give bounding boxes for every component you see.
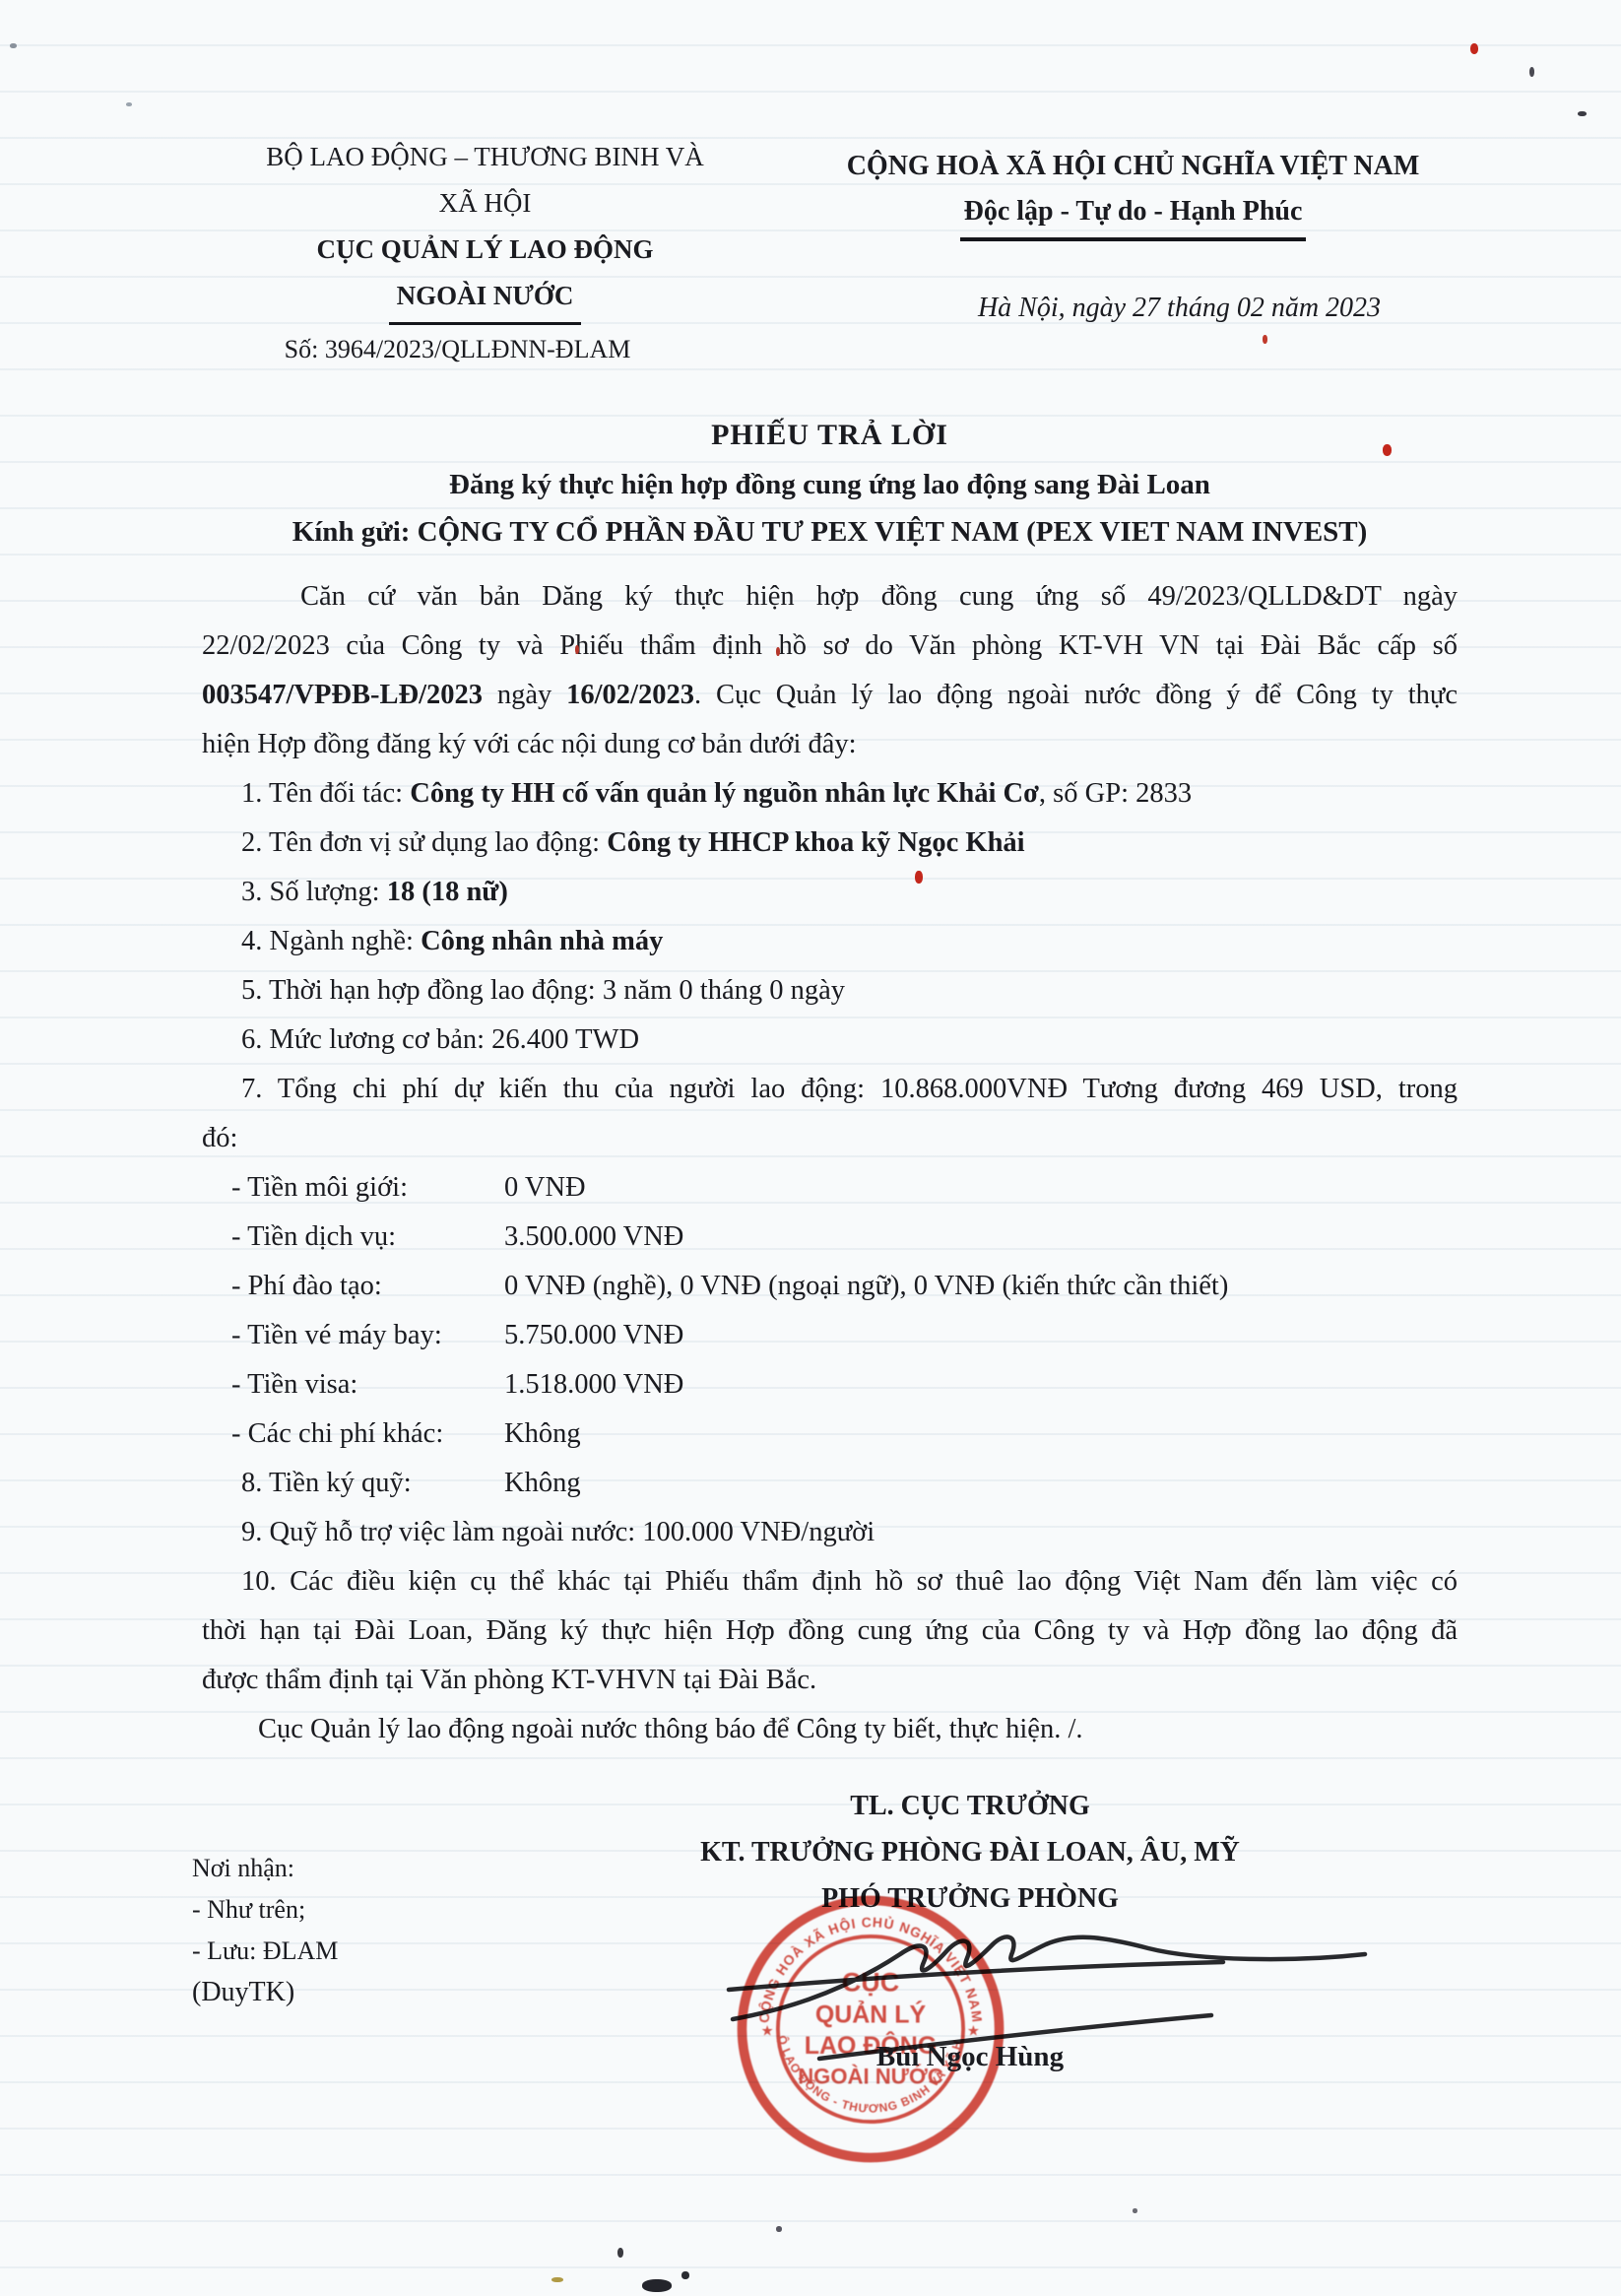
scan-speck	[551, 2277, 563, 2282]
body-line: 6. Mức lương cơ bản: 26.400 TWD	[202, 1016, 1458, 1065]
ministry-name-line2: XÃ HỘI	[207, 180, 763, 227]
body-line: 2. Tên đơn vị sử dụng lao động: Công ty …	[202, 819, 1458, 868]
fee-label: 8. Tiền ký quỹ:	[202, 1459, 504, 1508]
fee-value: 5.750.000 VNĐ	[504, 1311, 1458, 1360]
national-motto: Độc lập - Tự do - Hạnh Phúc	[806, 189, 1460, 241]
body-line: 1. Tên đối tác: Công ty HH cố vấn quản l…	[202, 769, 1458, 819]
recipients-line: - Như trên;	[192, 1889, 338, 1931]
fee-table: - Tiền môi giới: 0 VNĐ - Tiền dịch vụ: 3…	[202, 1163, 1458, 1508]
recipients-title: Nơi nhận:	[192, 1848, 338, 1889]
document-number: Số: 3964/2023/QLLĐNN-ĐLAM	[179, 335, 736, 364]
fee-value: 3.500.000 VNĐ	[504, 1213, 1458, 1262]
scan-speck	[1470, 43, 1478, 54]
fee-row: 8. Tiền ký quỹ: Không	[202, 1459, 1458, 1508]
document-body: Căn cứ văn bản Dăng ký thực hiện hợp đồn…	[202, 572, 1458, 1754]
scan-speck	[617, 2248, 623, 2258]
motto-underlined: Độc lập - Tự do - Hạnh Phúc	[960, 189, 1307, 241]
scan-speck	[1383, 444, 1392, 456]
fee-value: Không	[504, 1410, 1458, 1459]
scan-speck	[10, 43, 17, 48]
fee-value: 0 VNĐ (nghề), 0 VNĐ (ngoại ngữ), 0 VNĐ (…	[504, 1262, 1458, 1311]
body-line: thời hạn tại Đài Loan, Đăng ký thực hiện…	[202, 1607, 1458, 1656]
body-line: 3. Số lượng: 18 (18 nữ)	[202, 868, 1458, 917]
body-closing-paragraphs: 9. Quỹ hỗ trợ việc làm ngoài nước: 100.0…	[202, 1508, 1458, 1754]
fee-row: - Tiền dịch vụ: 3.500.000 VNĐ	[202, 1213, 1458, 1262]
body-line: 10. Các điều kiện cụ thể khác tại Phiếu …	[202, 1557, 1458, 1607]
body-line: được thẩm định tại Văn phòng KT-VHVN tại…	[202, 1656, 1458, 1705]
national-header-block: CỘNG HOÀ XÃ HỘI CHỦ NGHĨA VIỆT NAM Độc l…	[806, 144, 1460, 324]
fee-label: - Các chi phí khác:	[202, 1410, 504, 1459]
fee-row: - Các chi phí khác: Không	[202, 1410, 1458, 1459]
body-line: 5. Thời hạn hợp đồng lao động: 3 năm 0 t…	[202, 966, 1458, 1016]
fee-row: - Tiền visa: 1.518.000 VNĐ	[202, 1360, 1458, 1410]
scan-speck	[1263, 335, 1267, 344]
department-name-underlined: NGOÀI NƯỚC	[389, 273, 582, 325]
page-subtitle: Đăng ký thực hiện hợp đồng cung ứng lao …	[202, 469, 1458, 501]
recipients-line: (DuyTK)	[192, 1972, 338, 2013]
fee-label: - Tiền dịch vụ:	[202, 1213, 504, 1262]
department-name-line1: CỤC QUẢN LÝ LAO ĐỘNG	[207, 227, 763, 273]
recipients-block: Nơi nhận: - Như trên;- Lưu: ĐLAM(DuyTK)	[192, 1848, 338, 2013]
body-line: 9. Quỹ hỗ trợ việc làm ngoài nước: 100.0…	[202, 1508, 1458, 1557]
body-line: 003547/VPĐB-LĐ/2023 ngày 16/02/2023. Cục…	[202, 671, 1458, 720]
fee-label: - Tiền vé máy bay:	[202, 1311, 504, 1360]
recipients-list: - Như trên;- Lưu: ĐLAM(DuyTK)	[192, 1889, 338, 2013]
country-name: CỘNG HOÀ XÃ HỘI CHỦ NGHĨA VIỆT NAM	[806, 144, 1460, 189]
body-line: hiện Hợp đồng đăng ký với các nội dung c…	[202, 720, 1458, 769]
fee-row: - Tiền môi giới: 0 VNĐ	[202, 1163, 1458, 1213]
signer-title-line2: KT. TRƯỞNG PHÒNG ĐÀI LOAN, ÂU, MỸ	[670, 1829, 1270, 1875]
issuing-agency-block: BỘ LAO ĐỘNG – THƯƠNG BINH VÀ XÃ HỘI CỤC …	[207, 134, 763, 364]
scan-speck	[126, 102, 132, 106]
body-paragraphs: Căn cứ văn bản Dăng ký thực hiện hợp đồn…	[202, 572, 1458, 1163]
scan-speck	[776, 2226, 782, 2232]
page-title: PHIẾU TRẢ LỜI	[202, 418, 1458, 453]
fee-row: - Phí đào tạo: 0 VNĐ (nghề), 0 VNĐ (ngoạ…	[202, 1262, 1458, 1311]
place-date-line: Hà Nội, ngày 27 tháng 02 năm 2023	[852, 293, 1507, 324]
fee-value: 1.518.000 VNĐ	[504, 1360, 1458, 1410]
scan-speck	[1578, 111, 1587, 116]
department-name-line2: NGOÀI NƯỚC	[207, 273, 763, 325]
signer-name: Bùi Ngọc Hùng	[670, 2041, 1270, 2073]
scan-speck	[681, 2271, 689, 2279]
recipient-line: Kính gửi: CỘNG TY CỔ PHẦN ĐẦU TƯ PEX VIỆ…	[202, 516, 1458, 549]
fee-row: - Tiền vé máy bay: 5.750.000 VNĐ	[202, 1311, 1458, 1360]
document-page: BỘ LAO ĐỘNG – THƯƠNG BINH VÀ XÃ HỘI CỤC …	[0, 0, 1621, 2296]
title-block: PHIẾU TRẢ LỜI Đăng ký thực hiện hợp đồng…	[202, 418, 1458, 549]
scan-speck	[915, 871, 923, 884]
signer-title-line1: TL. CỤC TRƯỞNG	[670, 1783, 1270, 1829]
body-line: đó:	[202, 1114, 1458, 1163]
body-line: 4. Ngành nghề: Công nhân nhà máy	[202, 917, 1458, 966]
body-line: 7. Tổng chi phí dự kiến thu của người la…	[202, 1065, 1458, 1114]
body-line: Căn cứ văn bản Dăng ký thực hiện hợp đồn…	[202, 572, 1458, 622]
scan-speck	[642, 2279, 672, 2292]
fee-value: Không	[504, 1459, 1458, 1508]
scan-speck	[1133, 2208, 1137, 2213]
fee-label: - Phí đào tạo:	[202, 1262, 504, 1311]
fee-label: - Tiền visa:	[202, 1360, 504, 1410]
body-line: Cục Quản lý lao động ngoài nước thông bá…	[202, 1705, 1458, 1754]
body-line: 22/02/2023 của Công ty và Phiếu thẩm địn…	[202, 622, 1458, 671]
ministry-name-line1: BỘ LAO ĐỘNG – THƯƠNG BINH VÀ	[207, 134, 763, 180]
scan-speck	[575, 645, 579, 654]
fee-value: 0 VNĐ	[504, 1163, 1458, 1213]
recipients-line: - Lưu: ĐLAM	[192, 1931, 338, 1972]
scan-speck	[1529, 67, 1534, 77]
scan-speck	[776, 647, 780, 656]
fee-label: - Tiền môi giới:	[202, 1163, 504, 1213]
